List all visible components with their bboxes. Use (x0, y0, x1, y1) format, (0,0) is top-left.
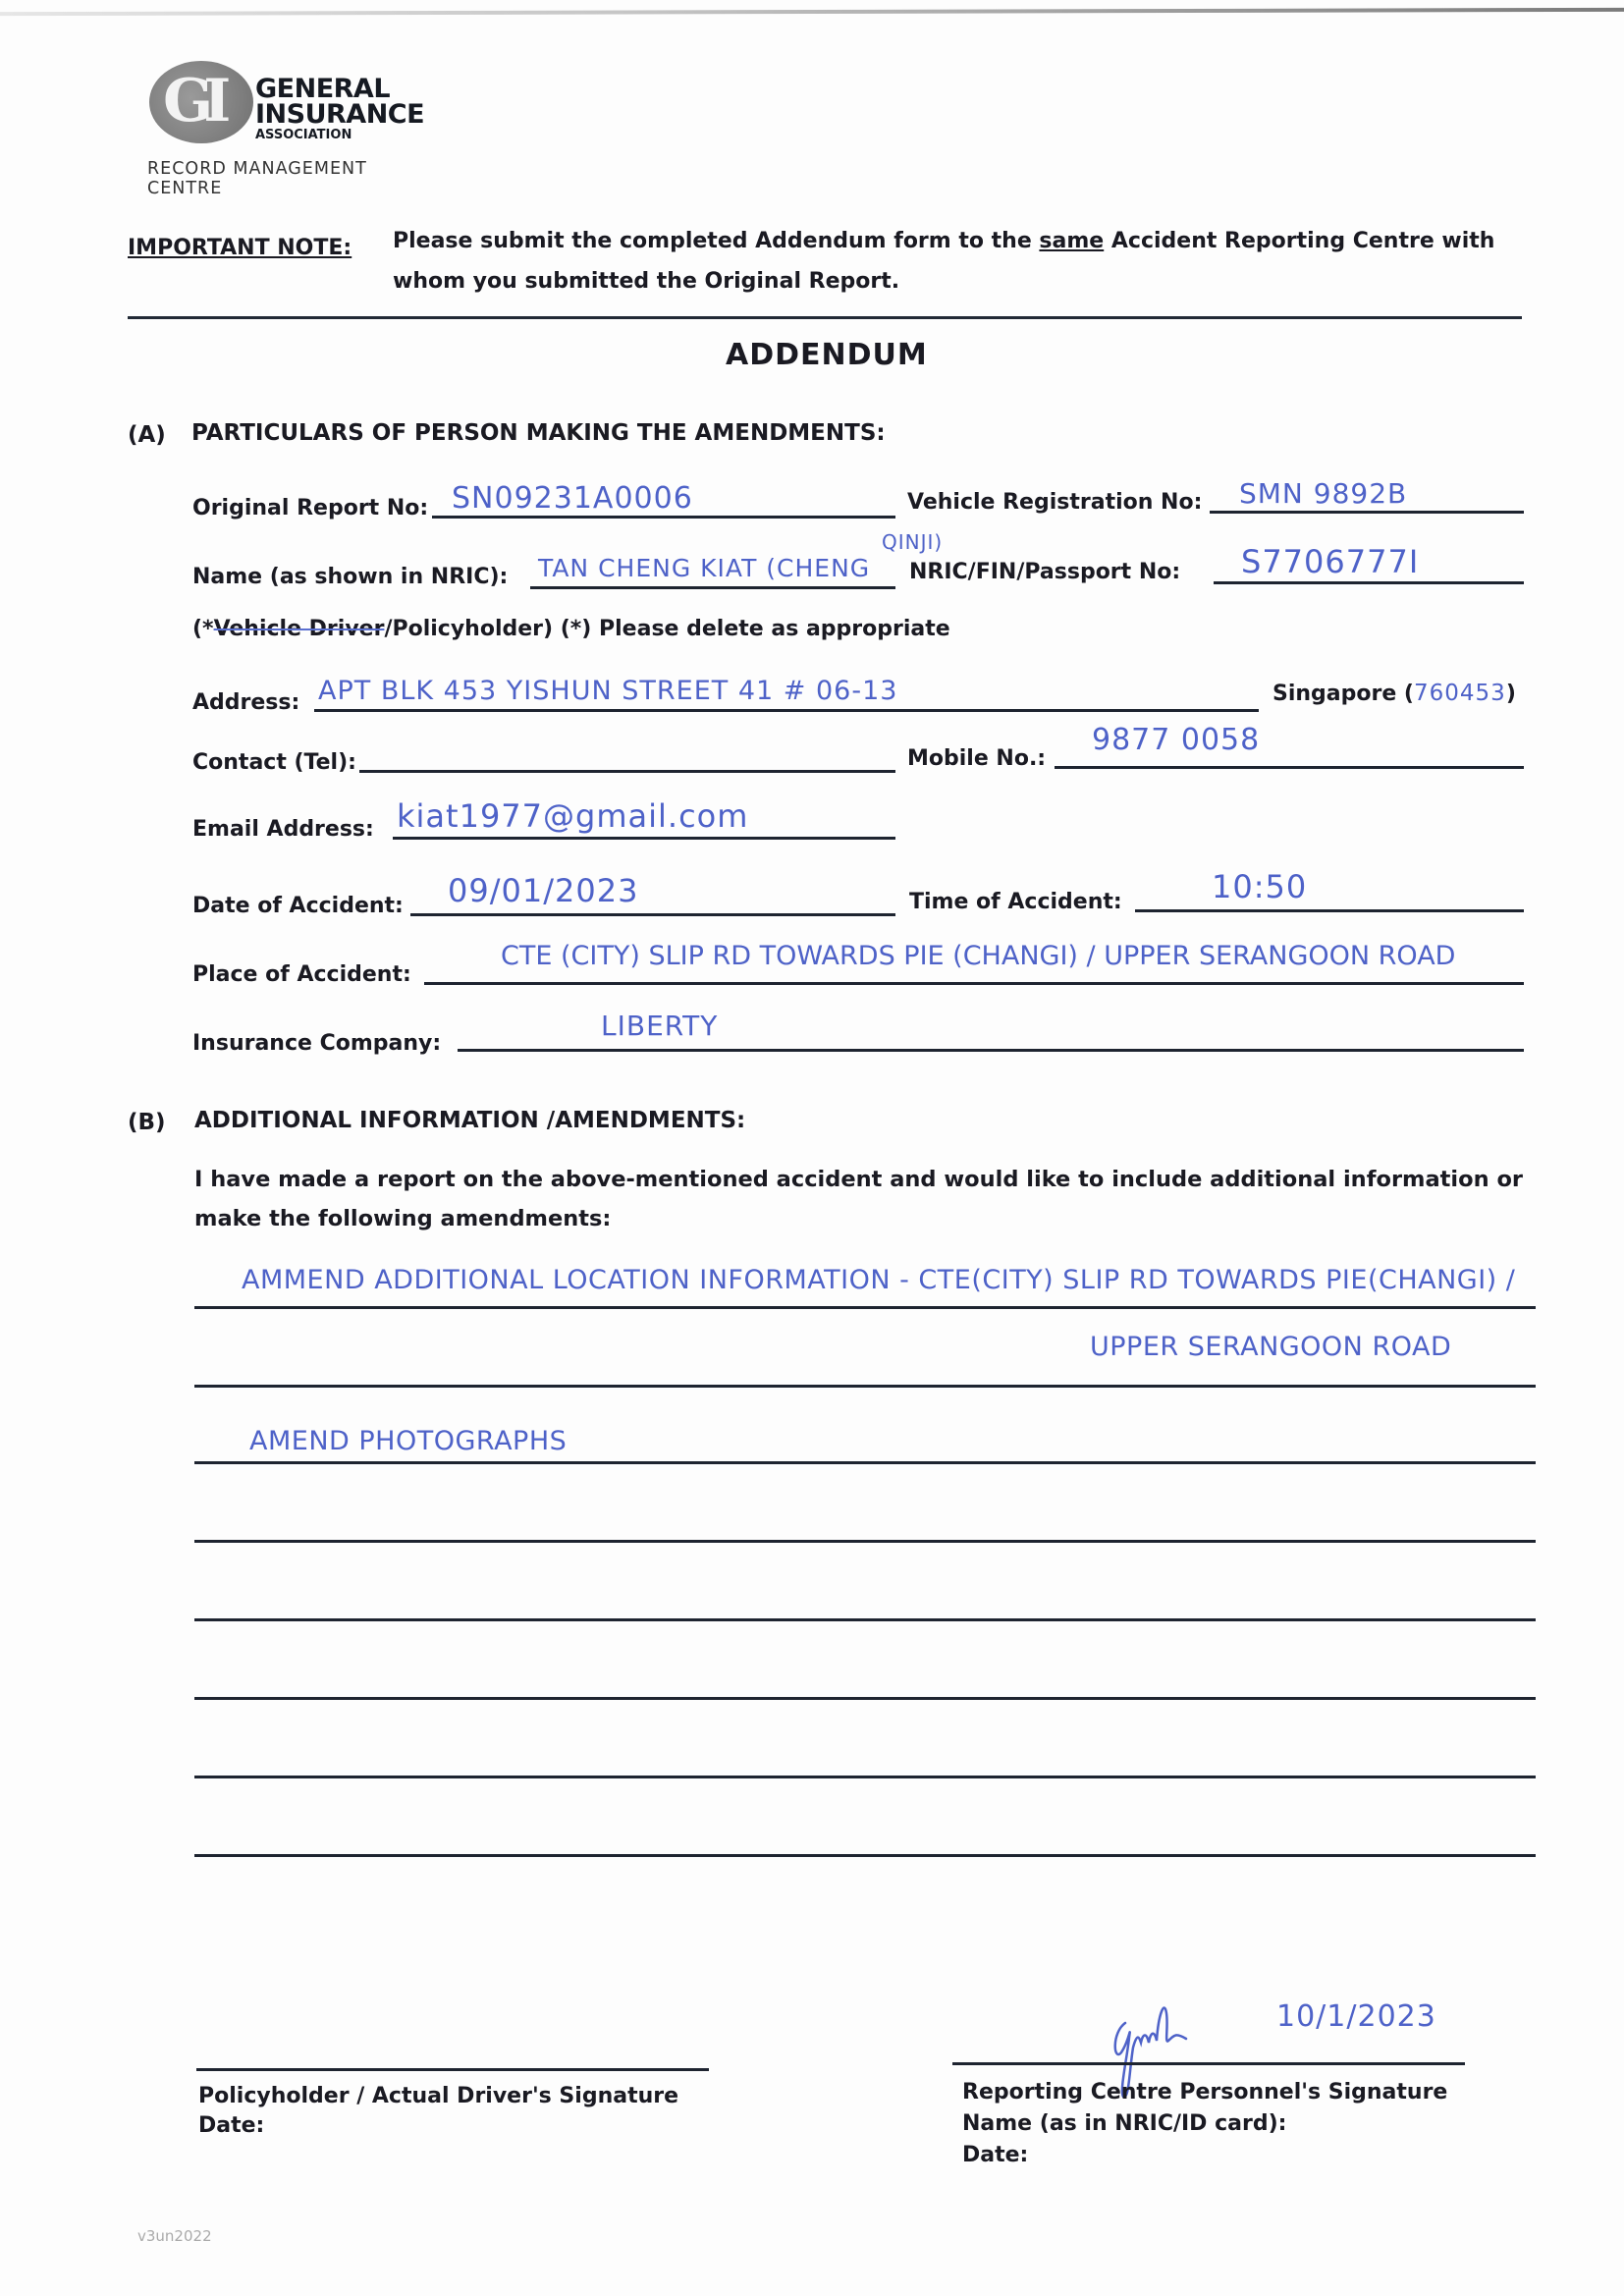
nric-label: NRIC/FIN/Passport No: (909, 560, 1180, 584)
amendment-line-field[interactable]: UPPER SERANGOON ROAD (1090, 1332, 1451, 1362)
role-note: (*Vehicle Driver/Policyholder) (*) Pleas… (192, 617, 950, 641)
section-a-heading: PARTICULARS OF PERSON MAKING THE AMENDME… (191, 420, 886, 446)
logo-subtitle: RECORD MANAGEMENT CENTRE (147, 159, 440, 198)
time-of-accident-line (1135, 909, 1524, 912)
personnel-date-label: Date: (962, 2143, 1028, 2167)
name-field-continued: QINJI) (882, 530, 943, 554)
time-of-accident-label: Time of Accident: (909, 890, 1122, 914)
gia-logo: GI GENERAL INSURANCE ASSOCIATION RECORD … (145, 55, 440, 183)
driver-signature-date-label: Date: (198, 2113, 264, 2138)
contact-tel-label: Contact (Tel): (192, 750, 356, 775)
nric-line (1214, 581, 1524, 584)
address-label: Address: (192, 690, 299, 715)
section-b-letter: (B) (128, 1110, 166, 1135)
vehicle-reg-line (1210, 511, 1524, 514)
header-divider (128, 316, 1522, 319)
role-option-vehicle-driver-struck: Vehicle Driver (214, 617, 385, 641)
important-note-text: Please submit the completed Addendum for… (393, 229, 1494, 253)
name-field[interactable]: TAN CHENG KIAT (CHENG (538, 554, 870, 582)
postal-code-group: Singapore (760453) (1272, 681, 1516, 706)
insurance-company-line (458, 1049, 1524, 1052)
form-title: ADDENDUM (726, 338, 928, 372)
place-of-accident-label: Place of Accident: (192, 962, 411, 987)
mobile-no-field[interactable]: 9877 0058 (1092, 723, 1260, 757)
amendment-line-field[interactable]: AMEND PHOTOGRAPHS (249, 1426, 567, 1456)
form-version: v3un2022 (137, 2227, 212, 2245)
vehicle-reg-label: Vehicle Registration No: (907, 490, 1202, 515)
amendment-line-rule (194, 1461, 1536, 1464)
gia-logo-mark-icon: GI (149, 61, 253, 143)
amendment-line-rule (194, 1776, 1536, 1778)
address-line (314, 709, 1259, 712)
name-line (530, 586, 895, 589)
personnel-name-label: Name (as in NRIC/ID card): (962, 2111, 1286, 2136)
original-report-line (432, 516, 895, 519)
scan-edge-line (0, 8, 1624, 16)
email-field[interactable]: kiat1977@gmail.com (397, 797, 748, 835)
note-emphasis: same (1039, 229, 1104, 253)
nric-field[interactable]: S7706777I (1241, 543, 1419, 580)
amendment-line-rule (194, 1306, 1536, 1309)
personnel-signature-line (952, 2062, 1465, 2065)
amendment-line-rule (194, 1854, 1536, 1857)
date-of-accident-label: Date of Accident: (192, 894, 404, 918)
original-report-field[interactable]: SN09231A0006 (452, 481, 693, 516)
personnel-signed-date: 10/1/2023 (1276, 1999, 1436, 2034)
mobile-no-label: Mobile No.: (907, 746, 1046, 771)
mobile-no-line (1055, 766, 1524, 769)
insurance-company-label: Insurance Company: (192, 1031, 441, 1056)
time-of-accident-field[interactable]: 10:50 (1212, 868, 1307, 905)
amendment-line-rule (194, 1540, 1536, 1543)
place-of-accident-field[interactable]: CTE (CITY) SLIP RD TOWARDS PIE (CHANGI) … (501, 941, 1455, 971)
amendment-line-rule (194, 1618, 1536, 1621)
driver-signature-title: Policyholder / Actual Driver's Signature (198, 2084, 678, 2108)
date-of-accident-line (410, 913, 895, 916)
section-b-heading: ADDITIONAL INFORMATION /AMENDMENTS: (194, 1108, 745, 1133)
amendment-line-field[interactable]: AMMEND ADDITIONAL LOCATION INFORMATION -… (242, 1265, 1515, 1295)
email-line (393, 837, 895, 840)
section-b-intro-line2: make the following amendments: (194, 1206, 611, 1231)
important-note-label: IMPORTANT NOTE: (128, 236, 352, 260)
original-report-label: Original Report No: (192, 496, 428, 520)
section-a-letter: (A) (128, 422, 166, 448)
logo-line-3: ASSOCIATION (255, 128, 424, 143)
section-b-intro-line1: I have made a report on the above-mentio… (194, 1167, 1523, 1192)
vehicle-reg-field[interactable]: SMN 9892B (1239, 477, 1407, 510)
logo-line-2: INSURANCE (255, 102, 424, 128)
name-label: Name (as shown in NRIC): (192, 565, 508, 589)
role-option-policyholder: Policyholder (392, 617, 543, 641)
place-of-accident-line (424, 982, 1524, 985)
insurance-company-field[interactable]: LIBERTY (601, 1010, 718, 1042)
contact-tel-line (359, 770, 895, 773)
amendment-line-rule (194, 1697, 1536, 1700)
amendment-line-rule (194, 1385, 1536, 1388)
driver-signature-line (196, 2068, 709, 2071)
personnel-signature-title: Reporting Centre Personnel's Signature (962, 2080, 1447, 2105)
address-field[interactable]: APT BLK 453 YISHUN STREET 41 # 06-13 (318, 676, 897, 706)
email-label: Email Address: (192, 817, 374, 842)
postal-code-field[interactable]: 760453 (1414, 681, 1506, 706)
date-of-accident-field[interactable]: 09/01/2023 (448, 872, 638, 909)
important-note-text-line2: whom you submitted the Original Report. (393, 269, 899, 294)
logo-wordmark: GENERAL INSURANCE ASSOCIATION (255, 77, 424, 143)
